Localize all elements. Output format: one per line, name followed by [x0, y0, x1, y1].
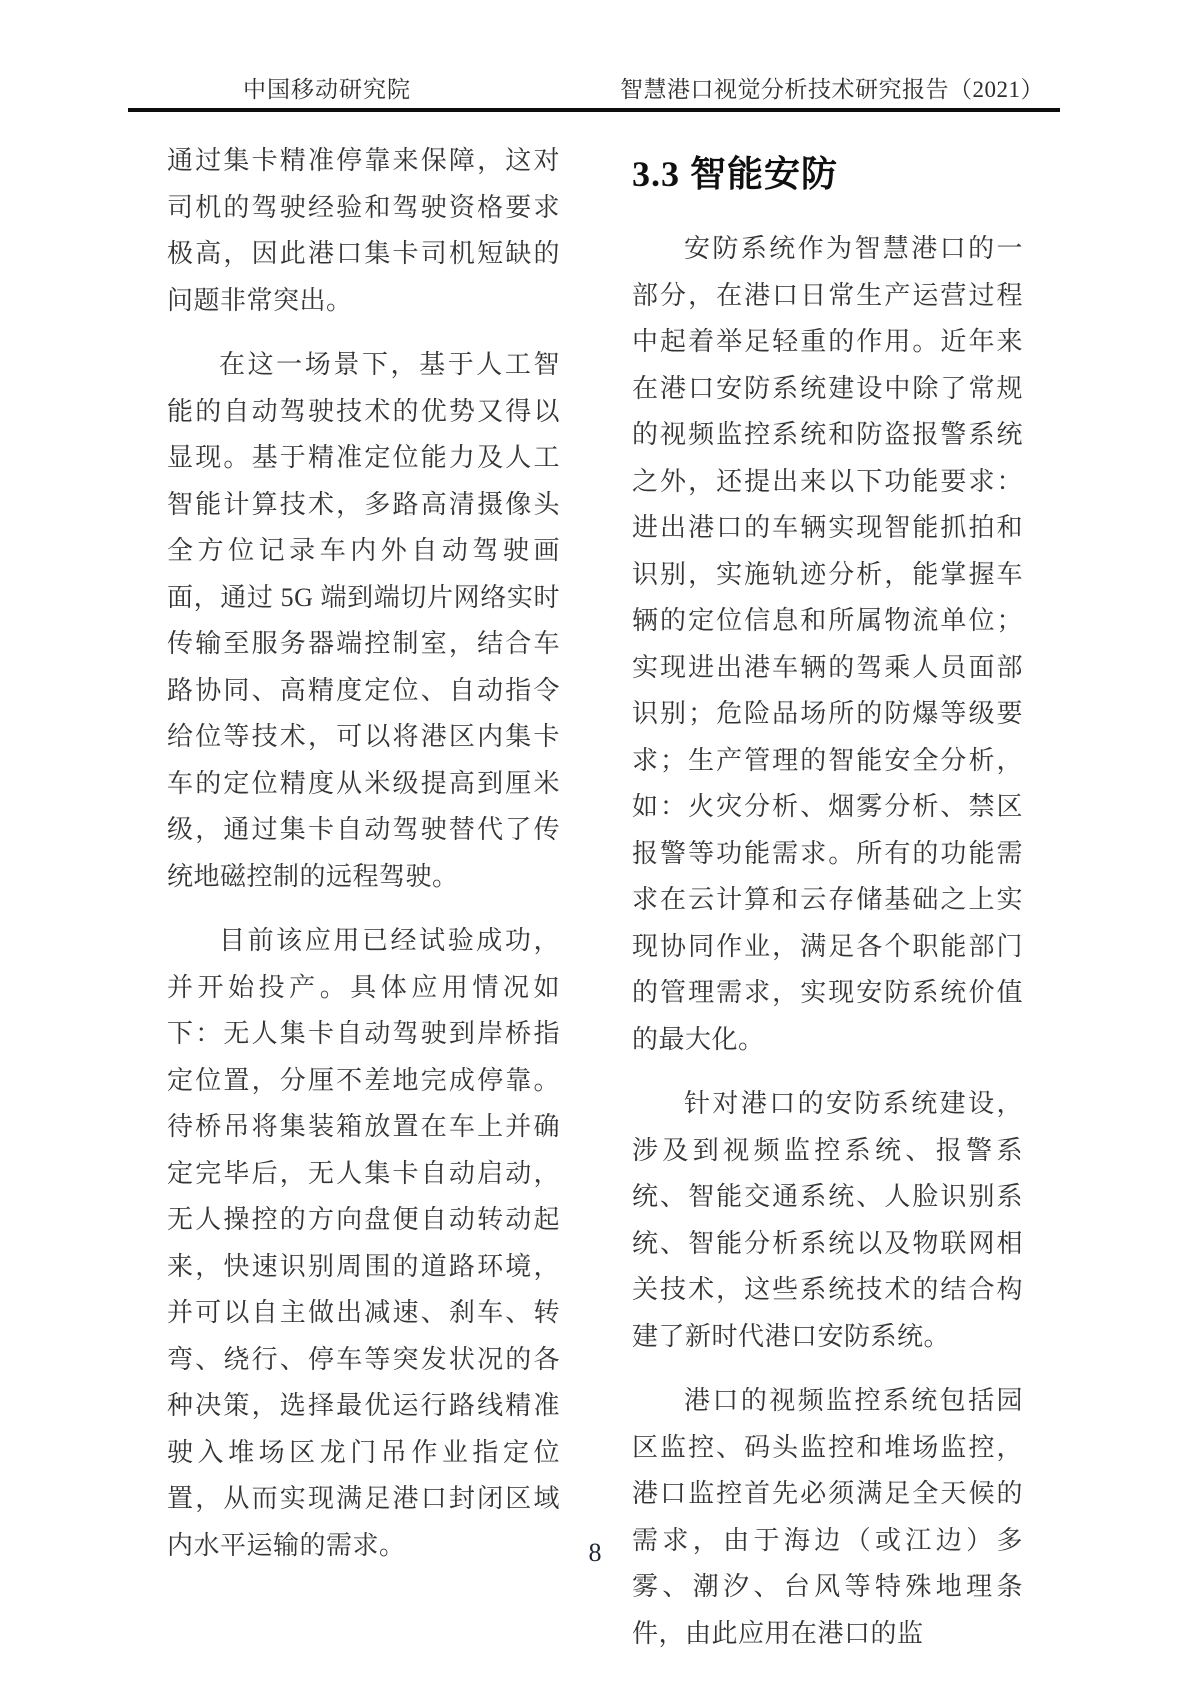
right-text-column: 3.3 智能安防 安防系统作为智慧港口的一部分，在港口日常生产运营过程中起着举足…: [632, 138, 1023, 1675]
left-paragraph-autonomous-driving: 在这一场景下，基于人工智能的自动驾驶技术的优势又得以显现。基于精准定位能力及人工…: [167, 342, 560, 900]
left-paragraph-application-status: 目前该应用已经试验成功，并开始投产。具体应用情况如下：无人集卡自动驾驶到岸桥指定…: [167, 918, 560, 1569]
left-text-column: 通过集卡精准停靠来保障，这对司机的驾驶经验和驾驶资格要求极高，因此港口集卡司机短…: [167, 138, 560, 1587]
left-paragraph-continuation: 通过集卡精准停靠来保障，这对司机的驾驶经验和驾驶资格要求极高，因此港口集卡司机短…: [167, 138, 560, 324]
header-organization: 中国移动研究院: [243, 76, 411, 104]
page-number: 8: [0, 1538, 1190, 1568]
right-paragraph-security-overview: 安防系统作为智慧港口的一部分，在港口日常生产运营过程中起着举足轻重的作用。近年来…: [632, 226, 1023, 1063]
report-page: 中国移动研究院 智慧港口视觉分析技术研究报告（2021） 通过集卡精准停靠来保障…: [0, 0, 1190, 1684]
right-paragraph-security-systems: 针对港口的安防系统建设，涉及到视频监控系统、报警系统、智能交通系统、人脸识别系统…: [632, 1081, 1023, 1360]
right-paragraph-video-surveillance: 港口的视频监控系统包括园区监控、码头监控和堆场监控，港口监控首先必须满足全天候的…: [632, 1378, 1023, 1657]
section-heading-smart-security: 3.3 智能安防: [632, 152, 1023, 196]
header-report-title: 智慧港口视觉分析技术研究报告（2021）: [620, 76, 1044, 104]
header-divider-rule: [128, 108, 1060, 112]
